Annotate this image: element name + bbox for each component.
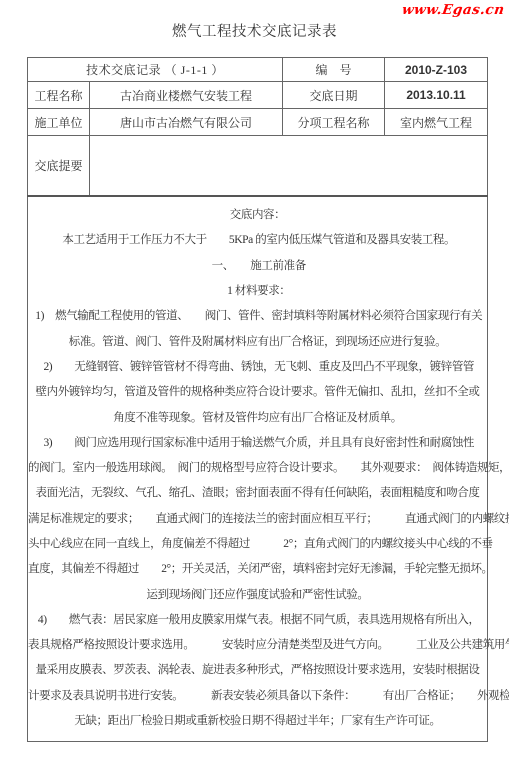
sub-project-value-cell: 室内燃气工程 xyxy=(385,109,488,136)
content-line: 角度不准等现象。管材及管件均应有出厂合格证及材质单。 xyxy=(28,406,487,431)
table-row-summary: 交底提要 xyxy=(28,136,488,196)
watermark-logo: www.Egas.cn xyxy=(401,2,506,18)
content-line: 本工艺适用于工作压力不大于 5KPa 的室内低压煤气管道和及器具安装工程。 xyxy=(28,228,487,253)
number-value-cell: 2010-Z-103 xyxy=(385,58,488,82)
content-line: 2) 无缝钢管、镀锌管管材不得弯曲、锈蚀，无飞刺、重皮及凹凸不平现象，镀锌管管 xyxy=(28,355,487,380)
summary-label-cell: 交底提要 xyxy=(28,136,90,196)
disclosure-date-label-cell: 交底日期 xyxy=(283,82,385,109)
content-line: 量采用皮膜表、罗茨表、涡轮表、旋进表多种形式，严格按照设计要求选用，安装时根据设 xyxy=(28,658,487,683)
content-line: 一、 施工前准备 xyxy=(28,254,487,279)
number-label-cell: 编 号 xyxy=(283,58,385,82)
content-line: 壁内外镀锌均匀，管道及管件的规格种类应符合设计要求。管件无偏扣、乱扣，丝扣不全或 xyxy=(28,380,487,405)
summary-value-cell xyxy=(90,136,488,196)
content-line: 头中心线应在同一直线上，角度偏差不得超过 2°；直角式阀门的内螺纹接头中心线的不… xyxy=(28,532,487,557)
content-cell: 交底内容： 本工艺适用于工作压力不大于 5KPa 的室内低压煤气管道和及器具安装… xyxy=(28,196,488,742)
table-row-construction-unit: 施工单位 唐山市古冶燃气有限公司 分项工程名称 室内燃气工程 xyxy=(28,109,488,136)
page-title: 燃气工程技术交底记录表 xyxy=(0,20,509,41)
content-lines: 本工艺适用于工作压力不大于 5KPa 的室内低压煤气管道和及器具安装工程。 一、… xyxy=(28,228,487,734)
table-row-project: 工程名称 古冶商业楼燃气安装工程 交底日期 2013.10.11 xyxy=(28,82,488,109)
content-line: 直度，其偏差不得超过 2°；开关灵活，关闭严密，填料密封完好无渗漏，手轮完整无损… xyxy=(28,557,487,582)
table-row-content: 交底内容： 本工艺适用于工作压力不大于 5KPa 的室内低压煤气管道和及器具安装… xyxy=(28,196,488,742)
construction-unit-value-cell: 唐山市古冶燃气有限公司 xyxy=(90,109,283,136)
table-row-record-number: 技术交底记录 （ J-1-1 ） 编 号 2010-Z-103 xyxy=(28,58,488,82)
content-heading: 交底内容： xyxy=(28,203,487,228)
disclosure-date-value-cell: 2013.10.11 xyxy=(385,82,488,109)
project-name-label-cell: 工程名称 xyxy=(28,82,90,109)
content-line: 无缺；距出厂检验日期或重新校验日期不得超过半年；厂家有生产许可证。 xyxy=(28,709,487,734)
disclosure-record-table: 技术交底记录 （ J-1-1 ） 编 号 2010-Z-103 工程名称 古冶商… xyxy=(27,57,488,742)
content-line: 表具规格严格按照设计要求选用。 安装时应分清楚类型及进气方向。 工业及公共建筑用… xyxy=(28,633,487,658)
content-line: 1 材料要求： xyxy=(28,279,487,304)
content-line: 1) 燃气输配工程使用的管道、 阀门、管件、密封填料等附属材料必须符合国家现行有… xyxy=(28,304,487,329)
document-page: www.Egas.cn 燃气工程技术交底记录表 技术交底记录 （ J-1-1 ）… xyxy=(0,0,509,775)
construction-unit-label-cell: 施工单位 xyxy=(28,109,90,136)
sub-project-label-cell: 分项工程名称 xyxy=(283,109,385,136)
content-line: 运到现场阀门还应作强度试验和严密性试验。 xyxy=(28,583,487,608)
content-line: 满足标准规定的要求； 直通式阀门的连接法兰的密封面应相互平行； 直通式阀门的内螺… xyxy=(28,507,487,532)
content-line: 4) 燃气表：居民家庭一般用皮膜家用煤气表。根据不同气质，表具选用规格有所出入， xyxy=(28,608,487,633)
record-title-cell: 技术交底记录 （ J-1-1 ） xyxy=(28,58,283,82)
project-name-value-cell: 古冶商业楼燃气安装工程 xyxy=(90,82,283,109)
content-line: 计要求及表具说明书进行安装。 新表安装必须具备以下条件： 有出厂合格证； 外观检… xyxy=(28,684,487,709)
content-line: 标准。管道、阀门、管件及附属材料应有出厂合格证，到现场还应进行复验。 xyxy=(28,330,487,355)
content-line: 表面光洁，无裂纹、气孔、缩孔、渣眼；密封面表面不得有任何缺陷，表面粗糙度和吻合度 xyxy=(28,481,487,506)
content-line: 3) 阀门应选用现行国家标准中适用于输送燃气介质，并且具有良好密封性和耐腐蚀性 xyxy=(28,431,487,456)
content-line: 的阀门。室内一般选用球阀。 阀门的规格型号应符合设计要求。 其外观要求： 阀体铸… xyxy=(28,456,487,481)
